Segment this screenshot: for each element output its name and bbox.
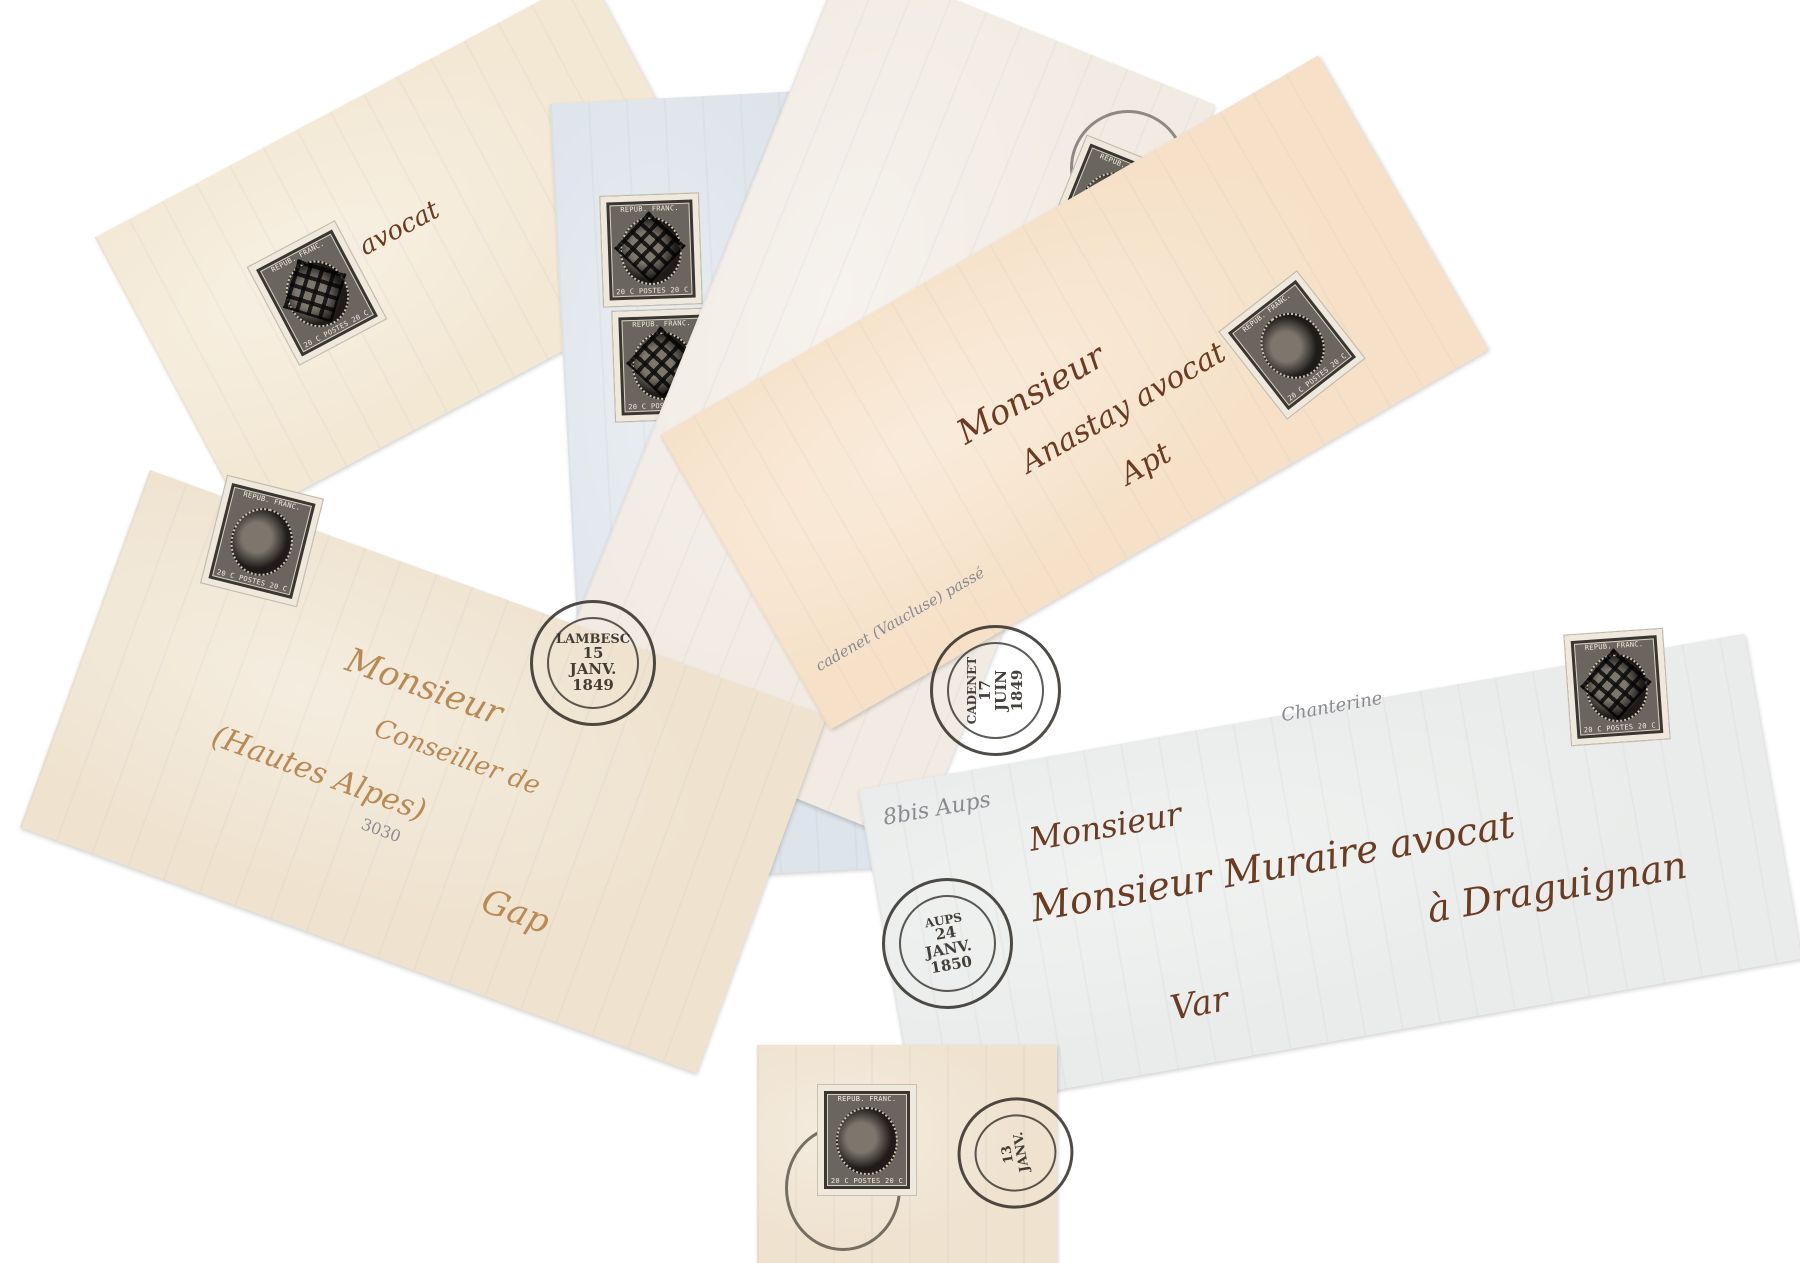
ceres-stamp: REPUB. FRANC. 20 C POSTES 20 C — [818, 1085, 916, 1195]
ceres-portrait — [836, 1107, 898, 1175]
handwriting-line: Monsieur — [1026, 795, 1184, 859]
postmark-month: JANV. — [1012, 1131, 1032, 1173]
pencil-note: 8bis Aups — [881, 787, 993, 831]
postmark-year: 1849 — [572, 678, 614, 694]
postmark-lambesc: LAMBESC 15 JANV. 1849 — [530, 600, 656, 726]
stamp-legend-bottom: 20 C POSTES 20 C — [824, 1177, 910, 1185]
handwriting-line: Apt — [1114, 436, 1177, 493]
ceres-stamp-pair-top: REPUB. FRANC. 20 C POSTES 20 C — [600, 193, 702, 306]
handwriting-line: avocat — [354, 195, 444, 262]
ceres-stamp: REPUB. FRANC. 20 C POSTES 20 C — [1564, 629, 1669, 746]
handwriting-line: Var — [1167, 979, 1231, 1028]
postmark-year: 1850 — [929, 954, 973, 977]
handwriting-line: à Draguignan — [1424, 843, 1691, 932]
postmark-year: 1849 — [1010, 670, 1026, 712]
stamp-legend-top: REPUB. FRANC. — [824, 1095, 910, 1103]
pencil-note: Chanterine — [1280, 688, 1384, 726]
handwriting-line: Gap — [476, 881, 555, 942]
postmark-cadenet: CADENET 17 JUIN 1849 — [930, 625, 1061, 756]
handwriting-line: Monsieur — [340, 640, 508, 734]
